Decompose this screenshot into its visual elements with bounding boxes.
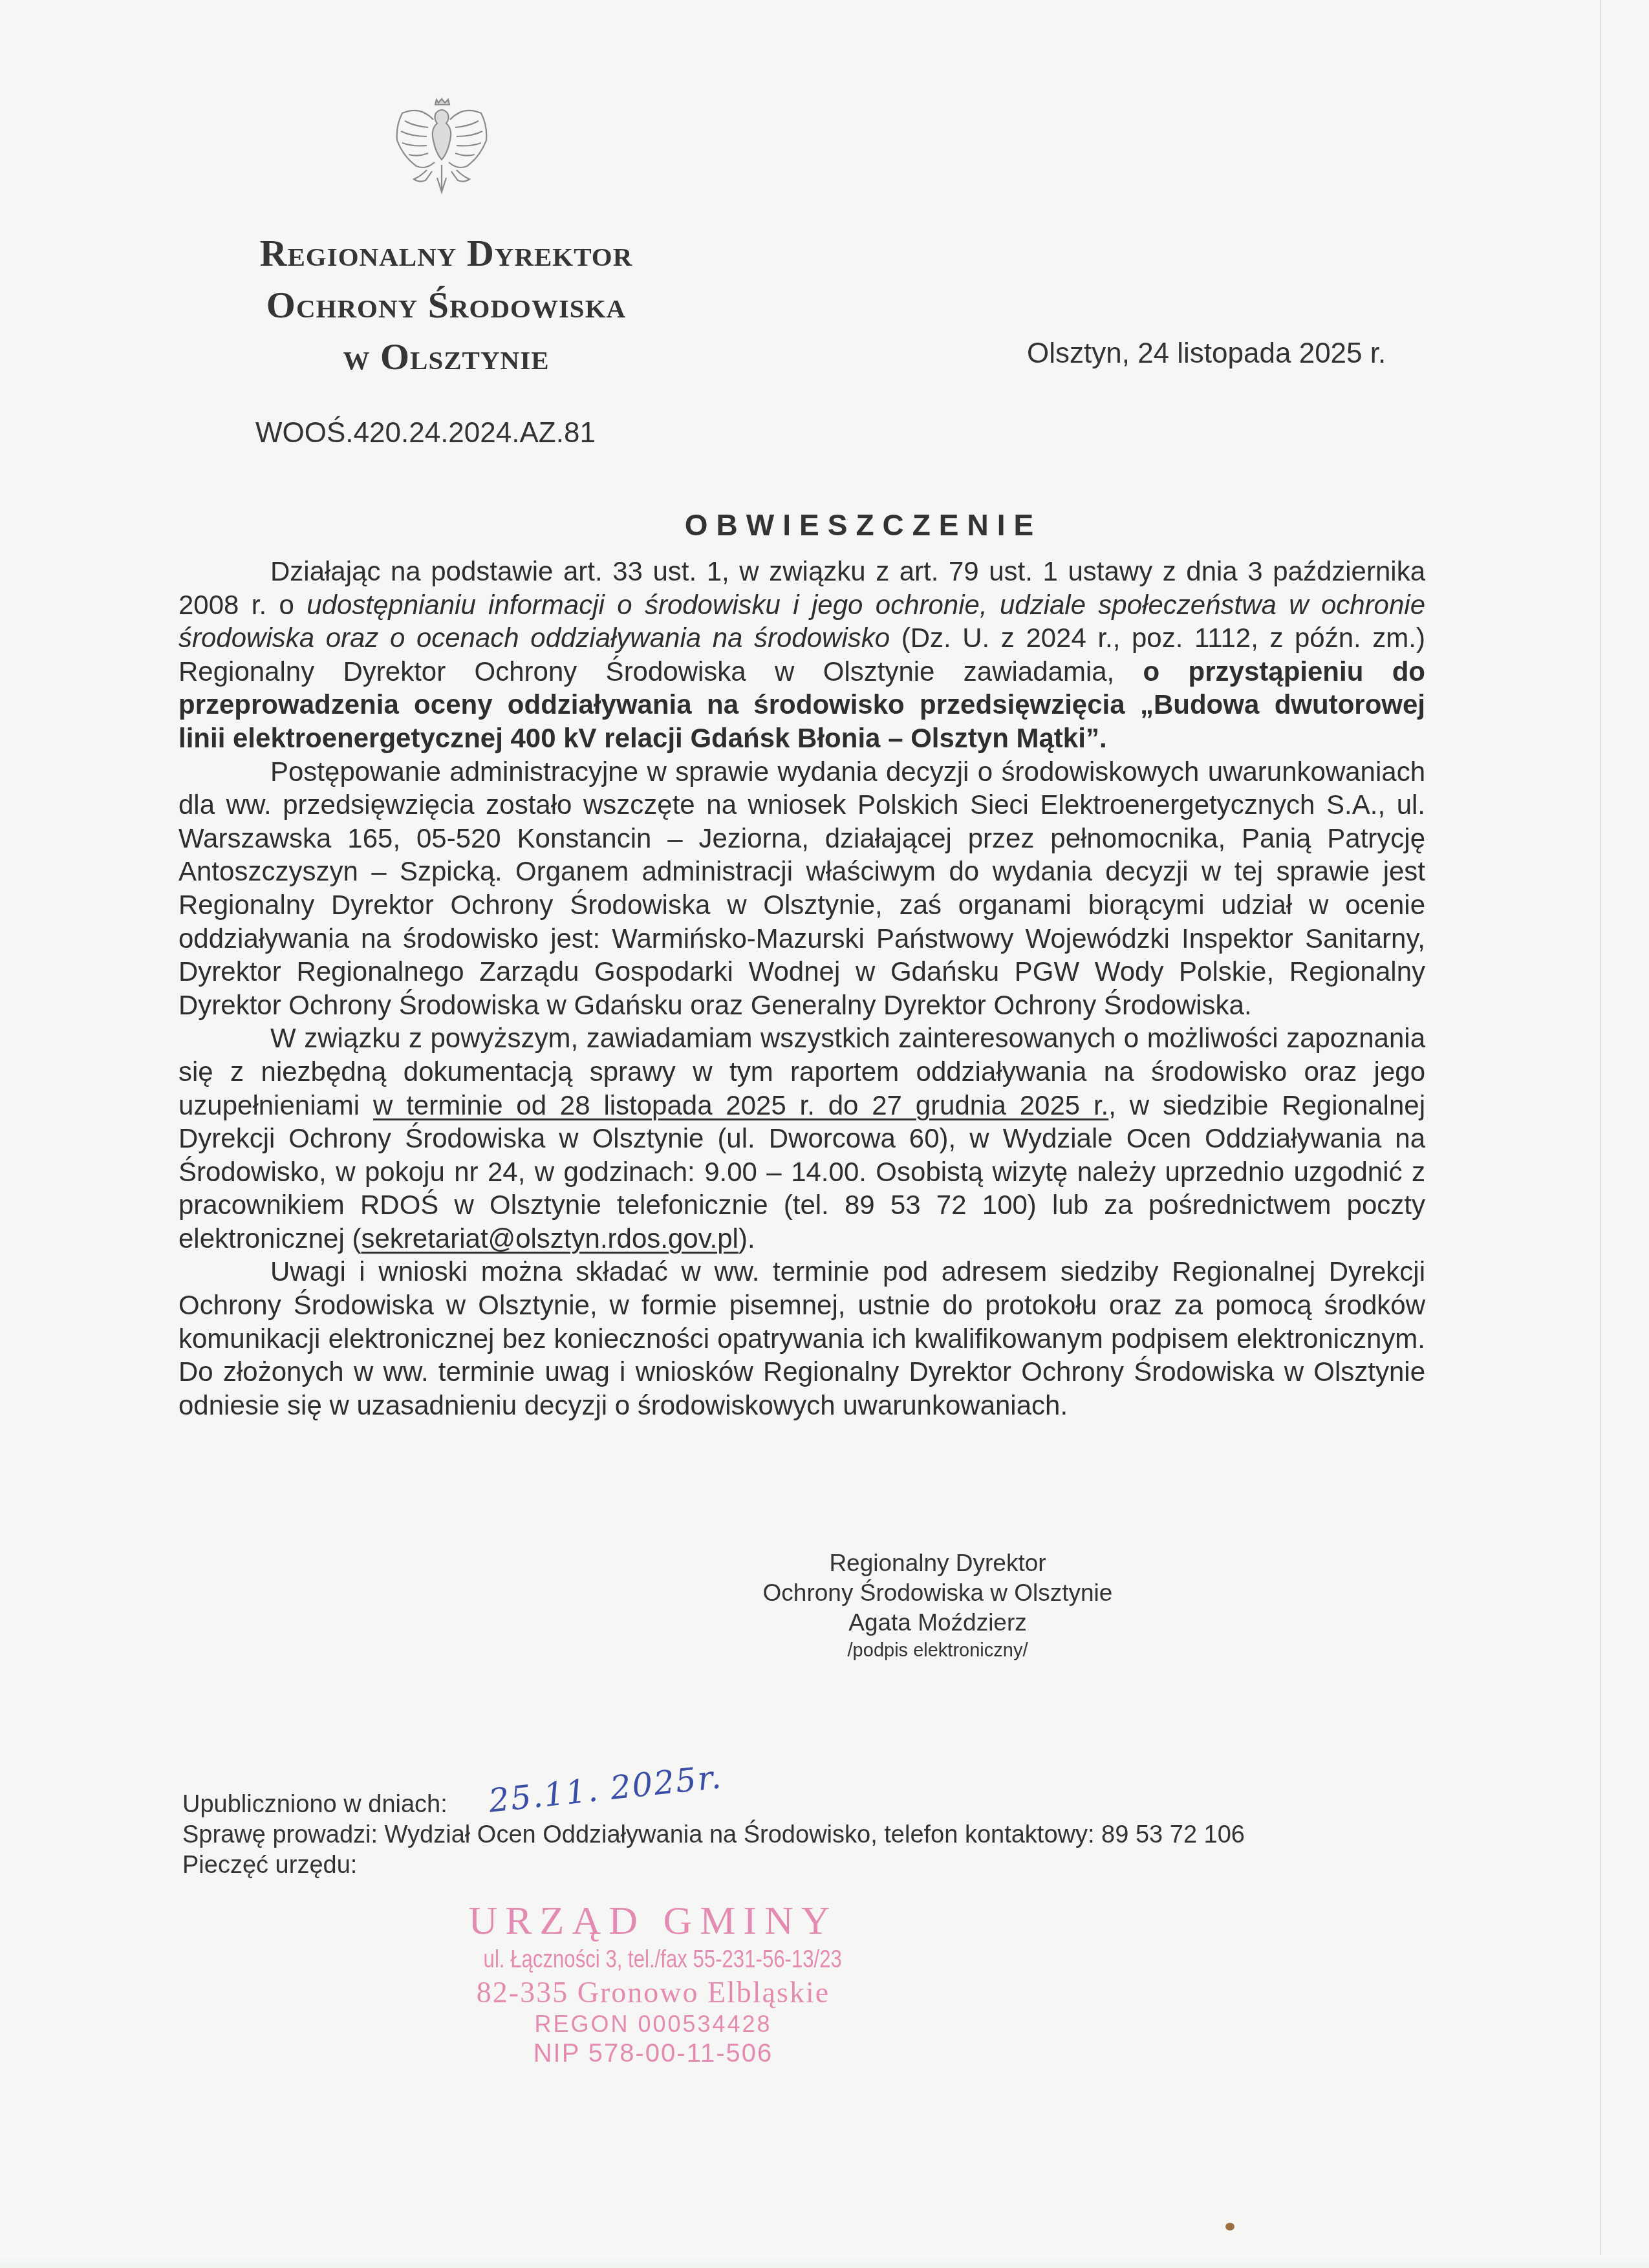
email-link[interactable]: sekretariat@olsztyn.rdos.gov.pl: [361, 1223, 738, 1254]
stamp-postal-city: 82-335 Gronowo Elbląskie: [446, 1975, 860, 2010]
authority-line-1: Regionalny Dyrektor: [194, 228, 698, 279]
signatory-name: Agata Moździerz: [711, 1608, 1164, 1638]
signature-block: Regionalny Dyrektor Ochrony Środowiska w…: [711, 1548, 1164, 1664]
p3-text-end: ).: [738, 1223, 755, 1254]
paragraph-legal-basis: Działając na podstawie art. 33 ust. 1, w…: [178, 555, 1425, 755]
scan-speck: [1225, 2223, 1234, 2231]
stamp-office-name: URZĄD GMINY: [446, 1898, 860, 1944]
consultation-period: w terminie od 28 listopada 2025 r. do 27…: [373, 1090, 1108, 1120]
paragraph-proceedings: Postępowanie administracyjne w sprawie w…: [178, 755, 1425, 1022]
issuing-authority-header: Regionalny Dyrektor Ochrony Środowiska w…: [194, 228, 698, 383]
stamp-address: ul. Łączności 3, tel./fax 55-231-56-13/2…: [484, 1944, 823, 1975]
signatory-title-2: Ochrony Środowiska w Olsztynie: [711, 1578, 1164, 1608]
paragraph-comments: Uwagi i wnioski można składać w ww. term…: [178, 1255, 1425, 1422]
stamp-nip: NIP 578-00-11-506: [446, 2038, 860, 2068]
paper-bottom-edge: [0, 2255, 1649, 2268]
reference-number: WOOŚ.420.24.2024.AZ.81: [255, 417, 596, 449]
authority-line-2: Ochrony Środowiska: [194, 279, 698, 331]
polish-eagle-emblem-icon: [387, 94, 497, 204]
office-stamp: URZĄD GMINY ul. Łączności 3, tel./fax 55…: [446, 1898, 860, 2068]
document-date: Olsztyn, 24 listopada 2025 r.: [1027, 337, 1386, 370]
stamp-label: Pieczęć urzędu:: [182, 1850, 1245, 1881]
paragraph-documentation-access: W związku z powyższym, zawiadamiam wszys…: [178, 1022, 1425, 1255]
publication-footer: Upubliczniono w dniach: Sprawę prowadzi:…: [182, 1790, 1245, 1881]
case-handler: Sprawę prowadzi: Wydział Ocen Oddziaływa…: [182, 1820, 1245, 1850]
authority-line-3: w Olsztynie: [194, 331, 698, 383]
paper-edge: [1600, 0, 1601, 2256]
signatory-title-1: Regionalny Dyrektor: [711, 1548, 1164, 1578]
document-title: OBWIESZCZENIE: [0, 508, 1649, 542]
notice-body: Działając na podstawie art. 33 ust. 1, w…: [178, 555, 1425, 1422]
stamp-regon: REGON 000534428: [446, 2010, 860, 2038]
electronic-signature-note: /podpis elektroniczny/: [711, 1638, 1164, 1664]
